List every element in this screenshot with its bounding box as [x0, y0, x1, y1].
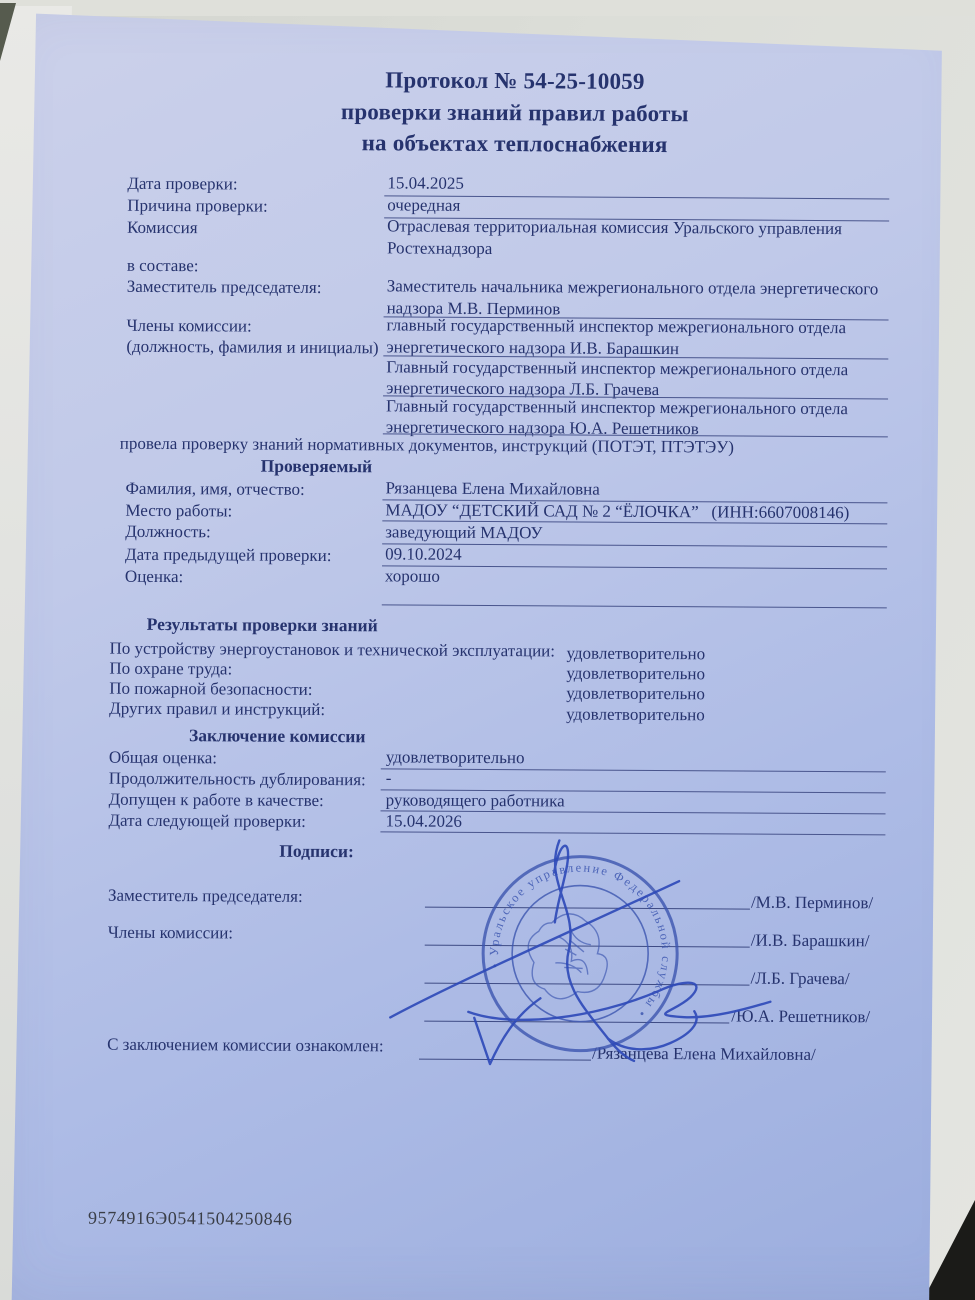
result-row-value: удовлетворительно: [566, 643, 705, 664]
acknowledged-label: С заключением комиссии ознакомлен:: [107, 1035, 384, 1057]
duplication-label: Продолжительность дублирования:: [109, 769, 366, 791]
commission-value-line2: Ростехнадзора: [387, 238, 493, 259]
underline: [381, 768, 886, 772]
check-date-value: 15.04.2025: [387, 173, 464, 193]
result-row-value: удовлетворительно: [566, 663, 705, 684]
signature-stroke: [468, 981, 770, 1021]
result-row-label: По охране труда:: [109, 659, 232, 680]
signature-stroke: [474, 998, 540, 1064]
overall-grade-value: удовлетворительно: [386, 747, 525, 768]
admitted-label: Допущен к работе в качестве:: [109, 790, 324, 811]
title-line2: проверки знаний правил работы: [250, 99, 780, 128]
result-row-label: По устройству энергоустановок и техничес…: [109, 639, 555, 662]
composition-label: в составе:: [127, 256, 199, 276]
examinee-section-title: Проверяемый: [261, 456, 373, 478]
grade-value: хорошо: [385, 566, 440, 586]
examinee-workplace-label: Место работы:: [125, 501, 232, 522]
sig-deputy-label: Заместитель председателя:: [108, 886, 303, 907]
admitted-value: руководящего работника: [386, 790, 565, 811]
deputy-chair-value-line1: Заместитель начальника межрегионального …: [387, 276, 879, 299]
deputy-chair-label: Заместитель председателя:: [127, 277, 322, 298]
signatures-section-title: Подписи:: [279, 841, 354, 862]
member1-line1: главный государственный инспектор межрег…: [386, 315, 846, 338]
sig-members-label: Члены комиссии:: [108, 923, 233, 944]
examinee-position-label: Должность:: [125, 522, 211, 543]
commission-value-line1: Отраслевая территориальная комиссия Урал…: [387, 216, 842, 239]
members-label-line1: Члены комиссии:: [126, 316, 251, 337]
results-section-title: Результаты проверки знаний: [147, 614, 378, 636]
prev-check-date-label: Дата предыдущей проверки:: [125, 545, 332, 566]
underline: [382, 604, 887, 608]
result-row-label: По пожарной безопасности:: [109, 679, 312, 700]
photo-of-document: { "title": { "line1": "Протокол № 54-25-…: [0, 0, 975, 1300]
result-row-value: удовлетворительно: [566, 704, 705, 725]
members-label-line2: (должность, фамилия и инициалы): [126, 337, 378, 359]
performed-line: провела проверку знаний нормативных доку…: [120, 434, 734, 458]
check-reason-value: очередная: [387, 195, 460, 215]
background-dark-corner: [923, 1200, 975, 1300]
check-reason-label: Причина проверки:: [127, 196, 268, 217]
document-content: Протокол № 54-25-10059 проверки знаний п…: [0, 0, 975, 1300]
handwritten-signatures: [372, 811, 804, 1114]
underline: [382, 565, 887, 569]
title-line3: на объектах теплоснабжения: [250, 130, 780, 159]
title-line1: Протокол № 54-25-10059: [250, 67, 780, 96]
check-date-label: Дата проверки:: [127, 174, 237, 195]
result-row-value: удовлетворительно: [566, 683, 705, 704]
result-row-label: Других правил и инструкций:: [109, 699, 325, 720]
grade-label: Оценка:: [125, 567, 183, 587]
examinee-workplace-value: МАДОУ “ДЕТСКИЙ САД № 2 “ЁЛОЧКА” (ИНН:660…: [385, 500, 849, 523]
examinee-name-label: Фамилия, имя, отчество:: [125, 479, 304, 500]
prev-check-date-value: 09.10.2024: [385, 544, 462, 564]
member2-line1: Главный государственный инспектор межрег…: [386, 357, 848, 380]
duplication-value: -: [386, 768, 392, 788]
next-check-date-label: Дата следующей проверки:: [108, 811, 306, 832]
serial-number: 9574916Э0541504250846: [88, 1208, 293, 1230]
member3-line1: Главный государственный инспектор межрег…: [386, 396, 848, 419]
signature-stroke: [390, 879, 679, 1019]
background-table-surface: [0, 0, 975, 16]
examinee-position-value: заведующий МАДОУ: [385, 522, 542, 543]
document-page: Протокол № 54-25-10059 проверки знаний п…: [0, 0, 975, 1300]
conclusion-section-title: Заключение комиссии: [189, 725, 366, 747]
examinee-name-value: Рязанцева Елена Михайловна: [385, 478, 599, 499]
overall-grade-label: Общая оценка:: [109, 748, 217, 769]
commission-label: Комиссия: [127, 218, 198, 238]
